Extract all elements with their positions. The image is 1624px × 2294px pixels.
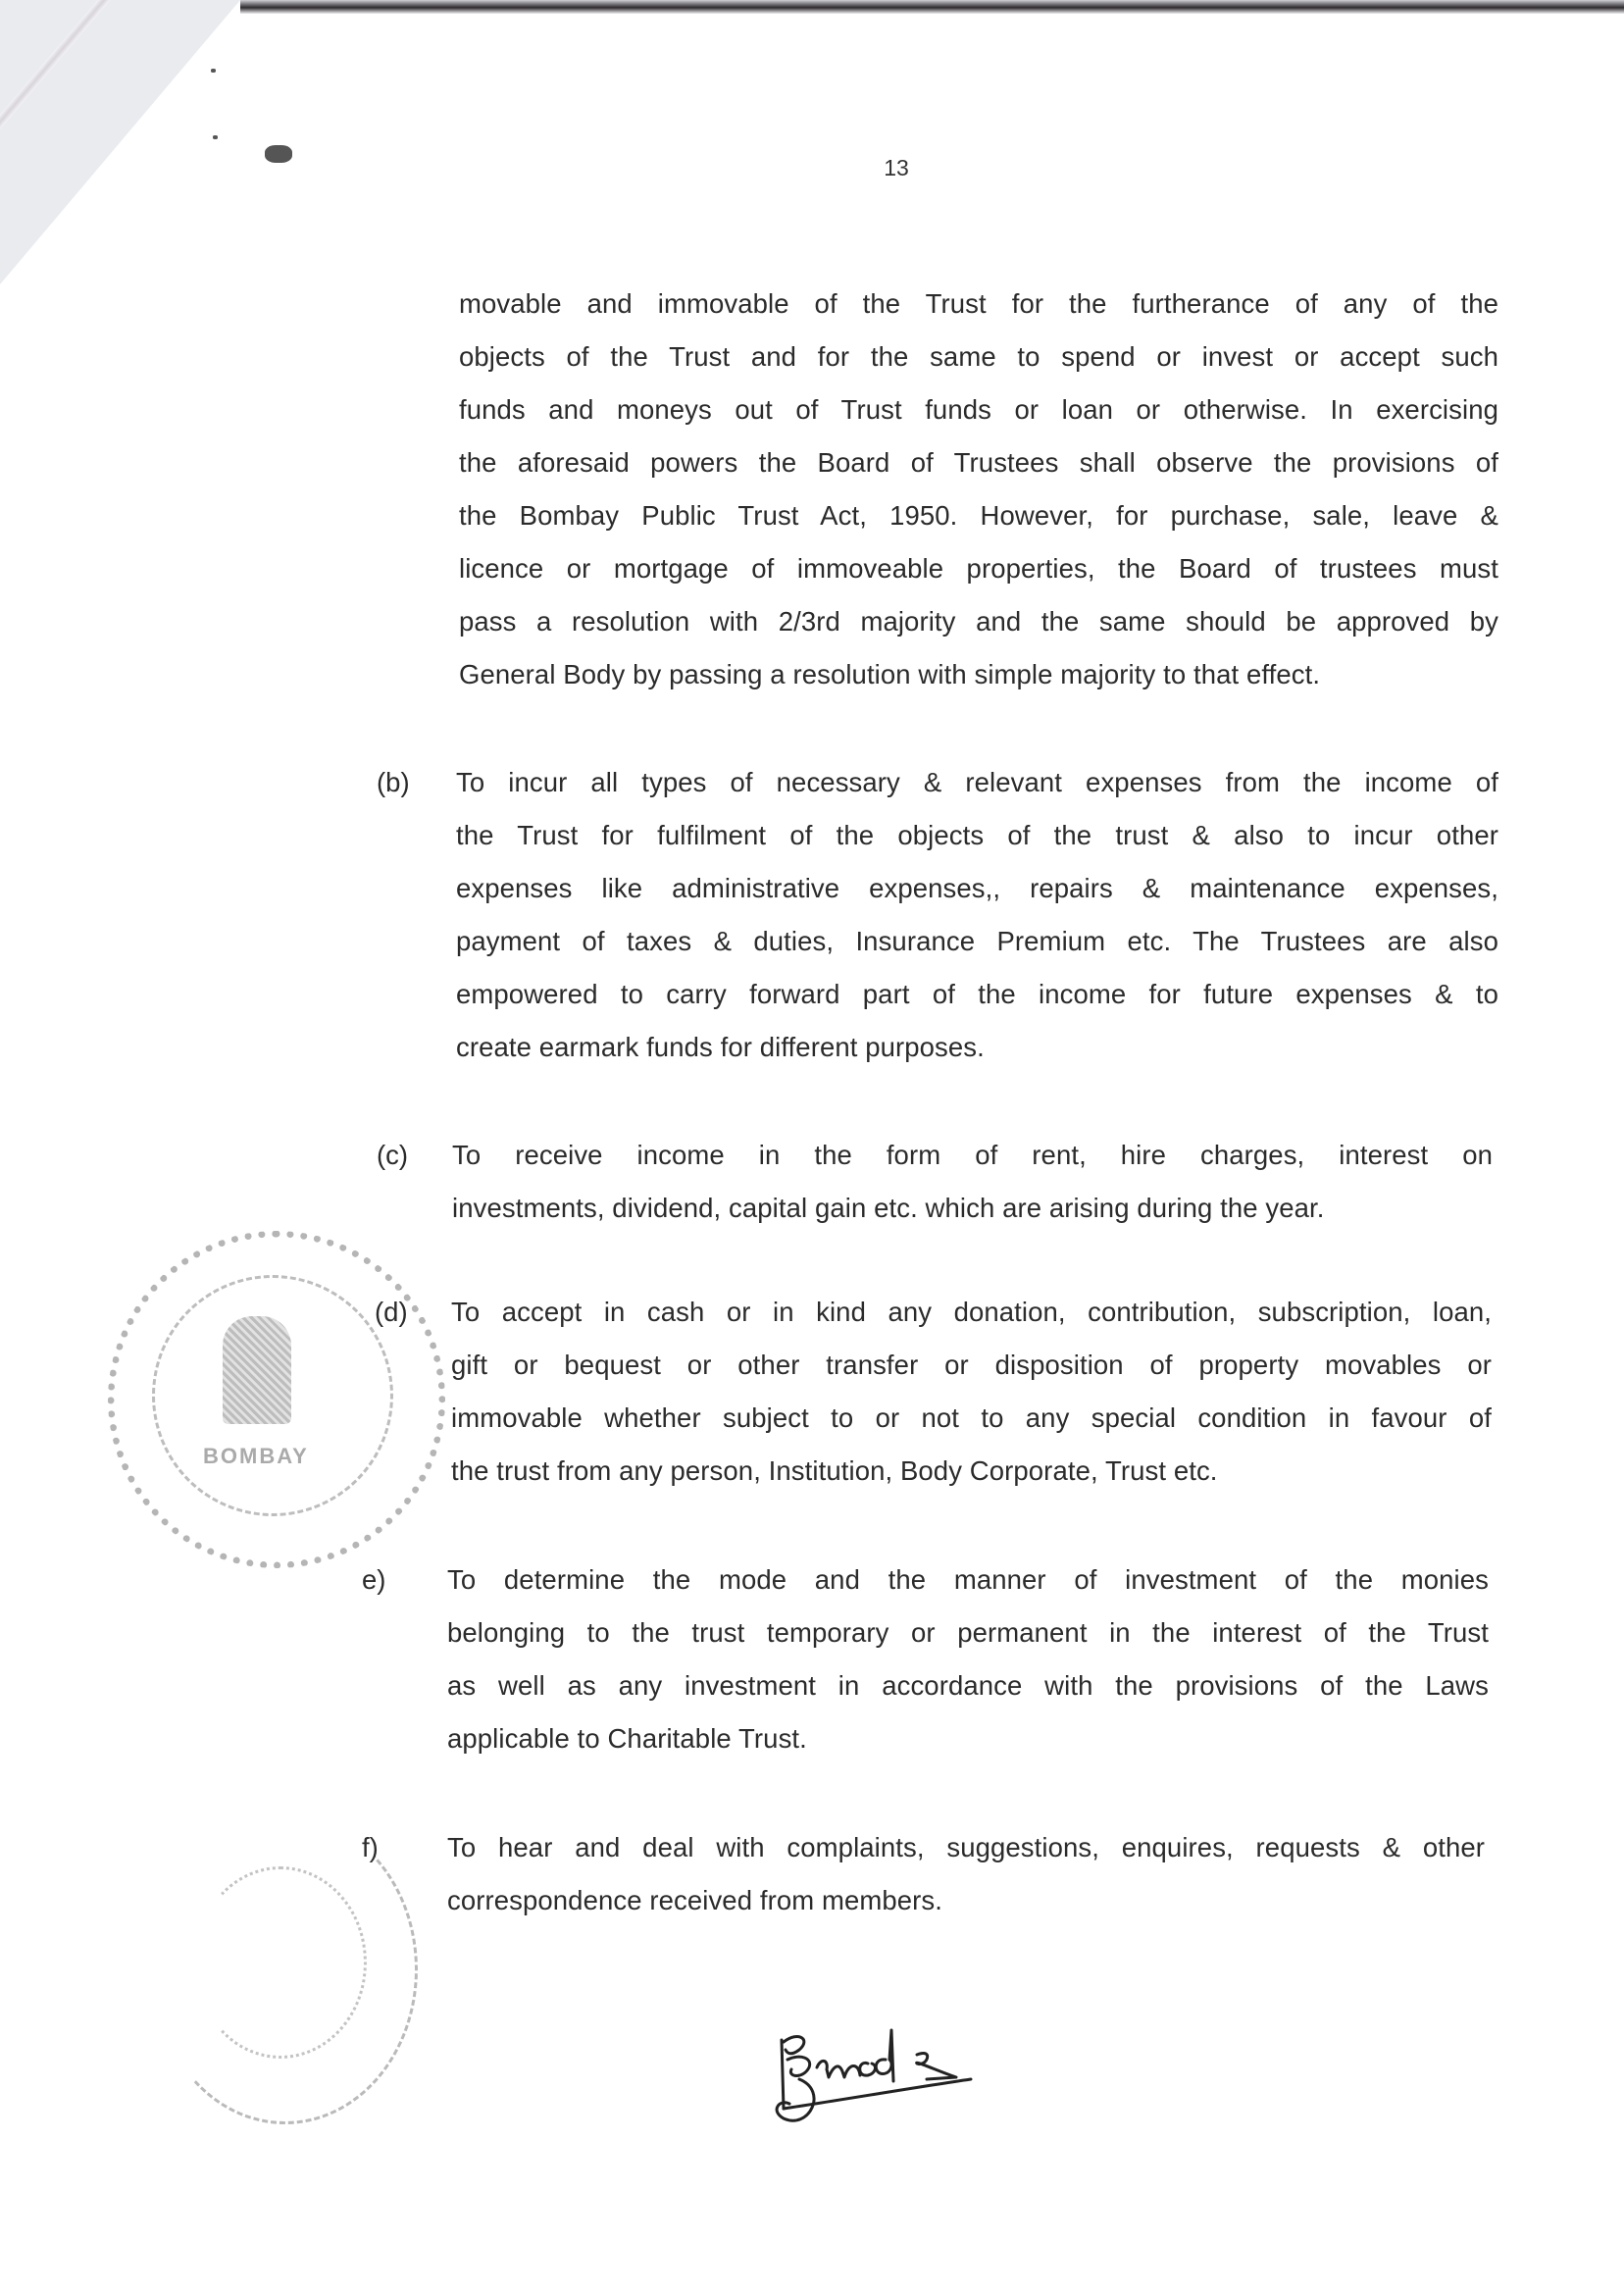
text-line: objects of the Trust and for the same to… bbox=[459, 331, 1498, 383]
continuation-paragraph: movable and immovable of the Trust for t… bbox=[459, 278, 1498, 701]
clause-c-text: To receive income in the form of rent, h… bbox=[452, 1129, 1493, 1235]
clause-f-text: To hear and deal with complaints, sugges… bbox=[447, 1821, 1485, 1927]
clause-label-e: e) bbox=[362, 1554, 385, 1606]
clause-d-text: To accept in cash or in kind any donatio… bbox=[451, 1286, 1492, 1498]
text-line: General Body by passing a resolution wit… bbox=[459, 648, 1498, 701]
text-line: empowered to carry forward part of the i… bbox=[456, 968, 1498, 1021]
round-stamp-inner-ring bbox=[194, 1866, 367, 2059]
official-seal-stamp: BOMBAY bbox=[108, 1231, 445, 1568]
text-line: To accept in cash or in kind any donatio… bbox=[451, 1286, 1492, 1339]
text-line: licence or mortgage of immoveable proper… bbox=[459, 542, 1498, 595]
text-line: pass a resolution with 2/3rd majority an… bbox=[459, 595, 1498, 648]
text-line: as well as any investment in accordance … bbox=[447, 1659, 1489, 1712]
text-line: To determine the mode and the manner of … bbox=[447, 1554, 1489, 1606]
text-line: investments, dividend, capital gain etc.… bbox=[452, 1182, 1493, 1235]
ink-speck bbox=[213, 135, 218, 139]
text-line: the Trust for fulfilment of the objects … bbox=[456, 809, 1498, 862]
ink-speck bbox=[211, 69, 216, 73]
folded-corner bbox=[0, 0, 240, 284]
seal-city-text: BOMBAY bbox=[203, 1444, 309, 1469]
text-line: To incur all types of necessary & releva… bbox=[456, 756, 1498, 809]
page-number: 13 bbox=[0, 155, 1624, 181]
text-line: applicable to Charitable Trust. bbox=[447, 1712, 1489, 1765]
text-line: payment of taxes & duties, Insurance Pre… bbox=[456, 915, 1498, 968]
clause-e-text: To determine the mode and the manner of … bbox=[447, 1554, 1489, 1765]
text-line: expenses like administrative expenses,, … bbox=[456, 862, 1498, 915]
clause-b-text: To incur all types of necessary & releva… bbox=[456, 756, 1498, 1074]
round-stamp bbox=[152, 1814, 418, 2124]
text-line: To hear and deal with complaints, sugges… bbox=[447, 1821, 1485, 1874]
clause-label-b: (b) bbox=[377, 756, 410, 809]
text-line: the trust from any person, Institution, … bbox=[451, 1445, 1492, 1498]
text-line: immovable whether subject to or not to a… bbox=[451, 1392, 1492, 1445]
text-line: create earmark funds for different purpo… bbox=[456, 1021, 1498, 1074]
scan-top-border bbox=[240, 0, 1624, 14]
national-emblem-icon bbox=[223, 1316, 291, 1424]
text-line: gift or bequest or other transfer or dis… bbox=[451, 1339, 1492, 1392]
signature-icon bbox=[770, 2020, 1025, 2128]
text-line: the Bombay Public Trust Act, 1950. Howev… bbox=[459, 489, 1498, 542]
text-line: To receive income in the form of rent, h… bbox=[452, 1129, 1493, 1182]
text-line: funds and moneys out of Trust funds or l… bbox=[459, 383, 1498, 436]
text-line: correspondence received from members. bbox=[447, 1874, 1485, 1927]
text-line: the aforesaid powers the Board of Truste… bbox=[459, 436, 1498, 489]
clause-label-c: (c) bbox=[377, 1129, 408, 1182]
text-line: belonging to the trust temporary or perm… bbox=[447, 1606, 1489, 1659]
text-line: movable and immovable of the Trust for t… bbox=[459, 278, 1498, 331]
